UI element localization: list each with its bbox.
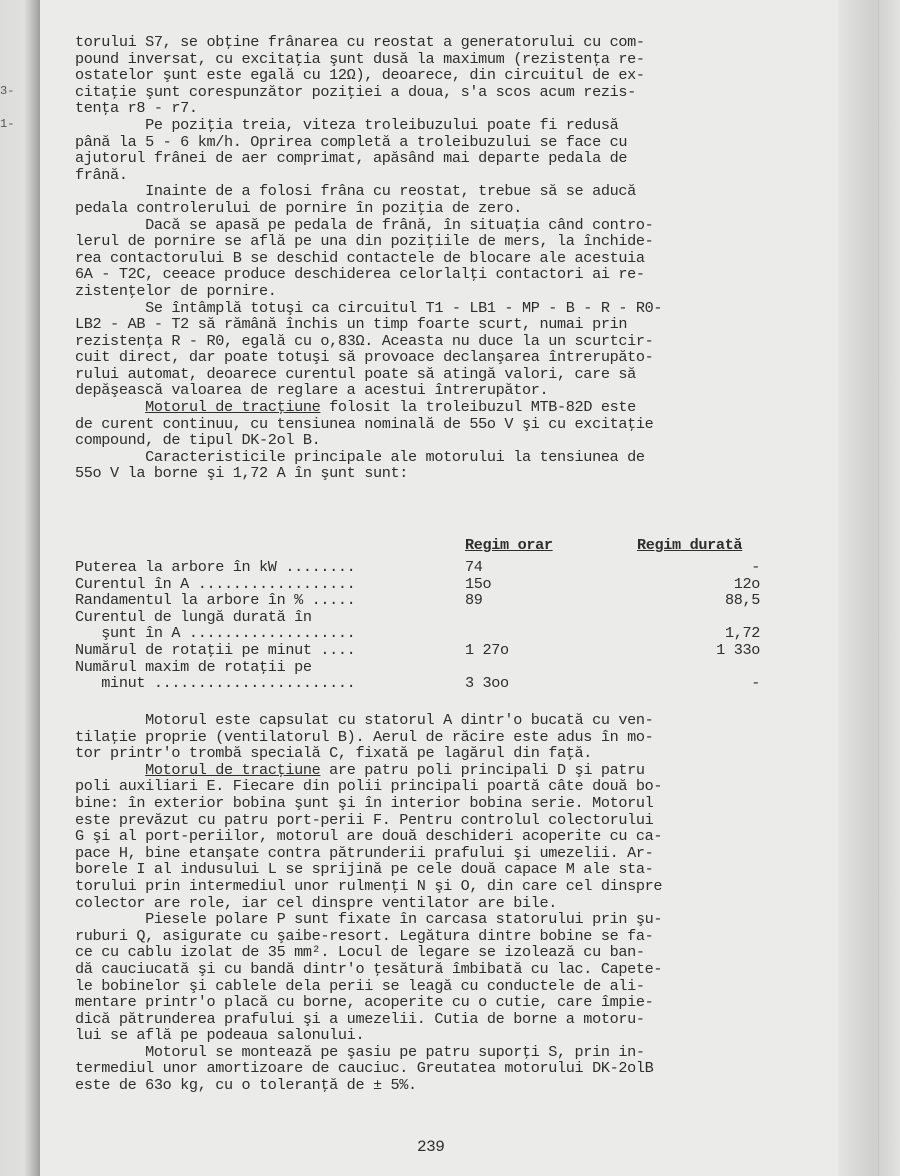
- margin-mark: 3-: [0, 84, 14, 98]
- text-line: Motorul de tracţiune are patru poli prin…: [75, 762, 805, 779]
- row-label: Numărul maxim de rotaţii pe: [75, 659, 312, 676]
- text-line: Se întâmplă totuşi ca circuitul T1 - LB1…: [75, 300, 795, 317]
- text-line: mentare printr'o placă cu borne, acoperi…: [75, 994, 805, 1011]
- text-line: colector are role, iar cel dinspre venti…: [75, 895, 805, 912]
- table-row: Numărul de rotaţii pe minut ....1 27o1 3…: [75, 642, 795, 659]
- underlined-heading: Motorul de tracţiune: [145, 761, 320, 779]
- text-line: tenţa r8 - r7.: [75, 100, 795, 117]
- text-line: lerul de pornire se află pe una din pozi…: [75, 233, 795, 250]
- text-line: ruburi Q, asigurate cu şaibe-resort. Leg…: [75, 928, 805, 945]
- left-page-edge: 3- 1-: [0, 0, 40, 1176]
- row-label: minut .......................: [75, 675, 355, 692]
- body-text-bottom: Motorul este capsulat cu statorul A dint…: [75, 712, 805, 1094]
- text-line: ajutorul frânei de aer comprimat, apăsân…: [75, 150, 795, 167]
- text-line: G şi al port-periilor, motorul are două …: [75, 828, 805, 845]
- text-line: tilaţie proprie (ventilatorul B). Aerul …: [75, 729, 805, 746]
- regim-orar-value: 89: [465, 592, 575, 609]
- text-line: zistenţelor de pornire.: [75, 283, 795, 300]
- right-page-edge: [838, 0, 900, 1176]
- text-line: bine: în exterior bobina şunt şi în inte…: [75, 795, 805, 812]
- text-line: frână.: [75, 167, 795, 184]
- text-line: LB2 - AB - T2 să rămână închis un timp f…: [75, 316, 795, 333]
- text-line: Caracteristicile principale ale motorulu…: [75, 449, 795, 466]
- text-line: cuit direct, dar poate totuşi să provoac…: [75, 349, 795, 366]
- text-line: torului prin intermediul unor rulmenţi N…: [75, 878, 805, 895]
- text-line: pedala controlerului de pornire în poziţ…: [75, 200, 795, 217]
- row-label: Randamentul la arbore în % .....: [75, 592, 355, 609]
- text-line: lui se află pe podeaua salonului.: [75, 1027, 805, 1044]
- text-line: Piesele polare P sunt fixate în carcasa …: [75, 911, 805, 928]
- row-label: şunt în A ...................: [75, 625, 355, 642]
- row-label: Puterea la arbore în kW ........: [75, 559, 355, 576]
- text-line: termediul unor amortizoare de cauciuc. G…: [75, 1060, 805, 1077]
- text-line: dă cauciucată şi cu bandă dintr'o ţesătu…: [75, 961, 805, 978]
- text-line: depăşească valoarea de reglare a acestui…: [75, 382, 795, 399]
- column-header-regim-orar: Regim orar: [465, 537, 553, 554]
- table-header: Regim orar Regim durată: [75, 537, 795, 559]
- underlined-heading: Motorul de tracţiune: [145, 398, 320, 416]
- row-label: Curentul în A ..................: [75, 576, 355, 593]
- body-text-top: torului S7, se obţine frânarea cu reosta…: [75, 34, 795, 482]
- text-line: pound inversat, cu excitaţia şunt dusă l…: [75, 51, 795, 68]
- regim-orar-value: 3 3oo: [465, 675, 575, 692]
- text-line: rezistenţa R - R0, egală cu o,83Ω. Aceas…: [75, 333, 795, 350]
- text-line: 55o V la borne şi 1,72 A în şunt sunt:: [75, 465, 795, 482]
- regim-orar-value: 1 27o: [465, 642, 575, 659]
- text-line: rului automat, deoarece curentul poate s…: [75, 366, 795, 383]
- table-row: şunt în A ...................1,72: [75, 625, 795, 642]
- text-line: rea contactorului B se deschid contactel…: [75, 250, 795, 267]
- text-line: compound, de tipul DK-2ol B.: [75, 432, 795, 449]
- text-line: dică pătrunderea prafului şi a umezelii.…: [75, 1011, 805, 1028]
- table-row: Curentul în A ..................15o12o: [75, 576, 795, 593]
- row-label: Numărul de rotaţii pe minut ....: [75, 642, 355, 659]
- text-line: Motorul este capsulat cu statorul A dint…: [75, 712, 805, 729]
- page-number: 239: [417, 1138, 444, 1156]
- text-line: poli auxiliari E. Fiecare din polii prin…: [75, 778, 805, 795]
- regim-durata-value: 88,5: [635, 592, 760, 609]
- motor-characteristics-table: Regim orar Regim durată Puterea la arbor…: [75, 537, 795, 692]
- row-label: Curentul de lungă durată în: [75, 609, 312, 626]
- text-line: borele I al indusului L se sprijină pe c…: [75, 861, 805, 878]
- table-row: minut .......................3 3oo-: [75, 675, 795, 692]
- text-line: este prevăzut cu patru port-perii F. Pen…: [75, 812, 805, 829]
- table-row: Curentul de lungă durată în: [75, 609, 795, 626]
- text-line: le bobinelor şi cablele dela perii se le…: [75, 978, 805, 995]
- regim-durata-value: 1 33o: [635, 642, 760, 659]
- regim-durata-value: 1,72: [635, 625, 760, 642]
- text-line: Pe poziţia treia, viteza troleibuzului p…: [75, 117, 795, 134]
- margin-mark: 1-: [0, 117, 14, 131]
- regim-durata-value: -: [635, 675, 760, 692]
- text-line: Motorul de tracţiune folosit la troleibu…: [75, 399, 795, 416]
- column-header-regim-durata: Regim durată: [637, 537, 742, 554]
- text-line: Inainte de a folosi frâna cu reostat, tr…: [75, 183, 795, 200]
- regim-durata-value: -: [635, 559, 760, 576]
- text-line: Motorul se montează pe şasiu pe patru su…: [75, 1044, 805, 1061]
- table-row: Numărul maxim de rotaţii pe: [75, 659, 795, 676]
- regim-durata-value: 12o: [635, 576, 760, 593]
- text-line: ostatelor şunt este egală cu 12Ω), deoar…: [75, 67, 795, 84]
- text-line: citaţie şunt corespunzător poziţiei a do…: [75, 84, 795, 101]
- text-line: pace H, bine etanşate contra pătrunderii…: [75, 845, 805, 862]
- table-row: Puterea la arbore în kW ........74-: [75, 559, 795, 576]
- regim-orar-value: 74: [465, 559, 575, 576]
- table-body: Puterea la arbore în kW ........74-Curen…: [75, 559, 795, 692]
- text-line: torului S7, se obţine frânarea cu reosta…: [75, 34, 795, 51]
- text-line: Dacă se apasă pe pedala de frână, în sit…: [75, 217, 795, 234]
- text-line: până la 5 - 6 km/h. Oprirea completă a t…: [75, 134, 795, 151]
- text-line: tor printr'o trombă specială C, fixată p…: [75, 745, 805, 762]
- table-row: Randamentul la arbore în % .....8988,5: [75, 592, 795, 609]
- text-line: 6A - T2C, ceeace produce deschiderea cel…: [75, 266, 795, 283]
- text-line: ce cu cablu izolat de 35 mm². Locul de l…: [75, 944, 805, 961]
- text-line: este de 63o kg, cu o toleranţă de ± 5%.: [75, 1077, 805, 1094]
- regim-orar-value: 15o: [465, 576, 575, 593]
- text-line: de curent continuu, cu tensiunea nominal…: [75, 416, 795, 433]
